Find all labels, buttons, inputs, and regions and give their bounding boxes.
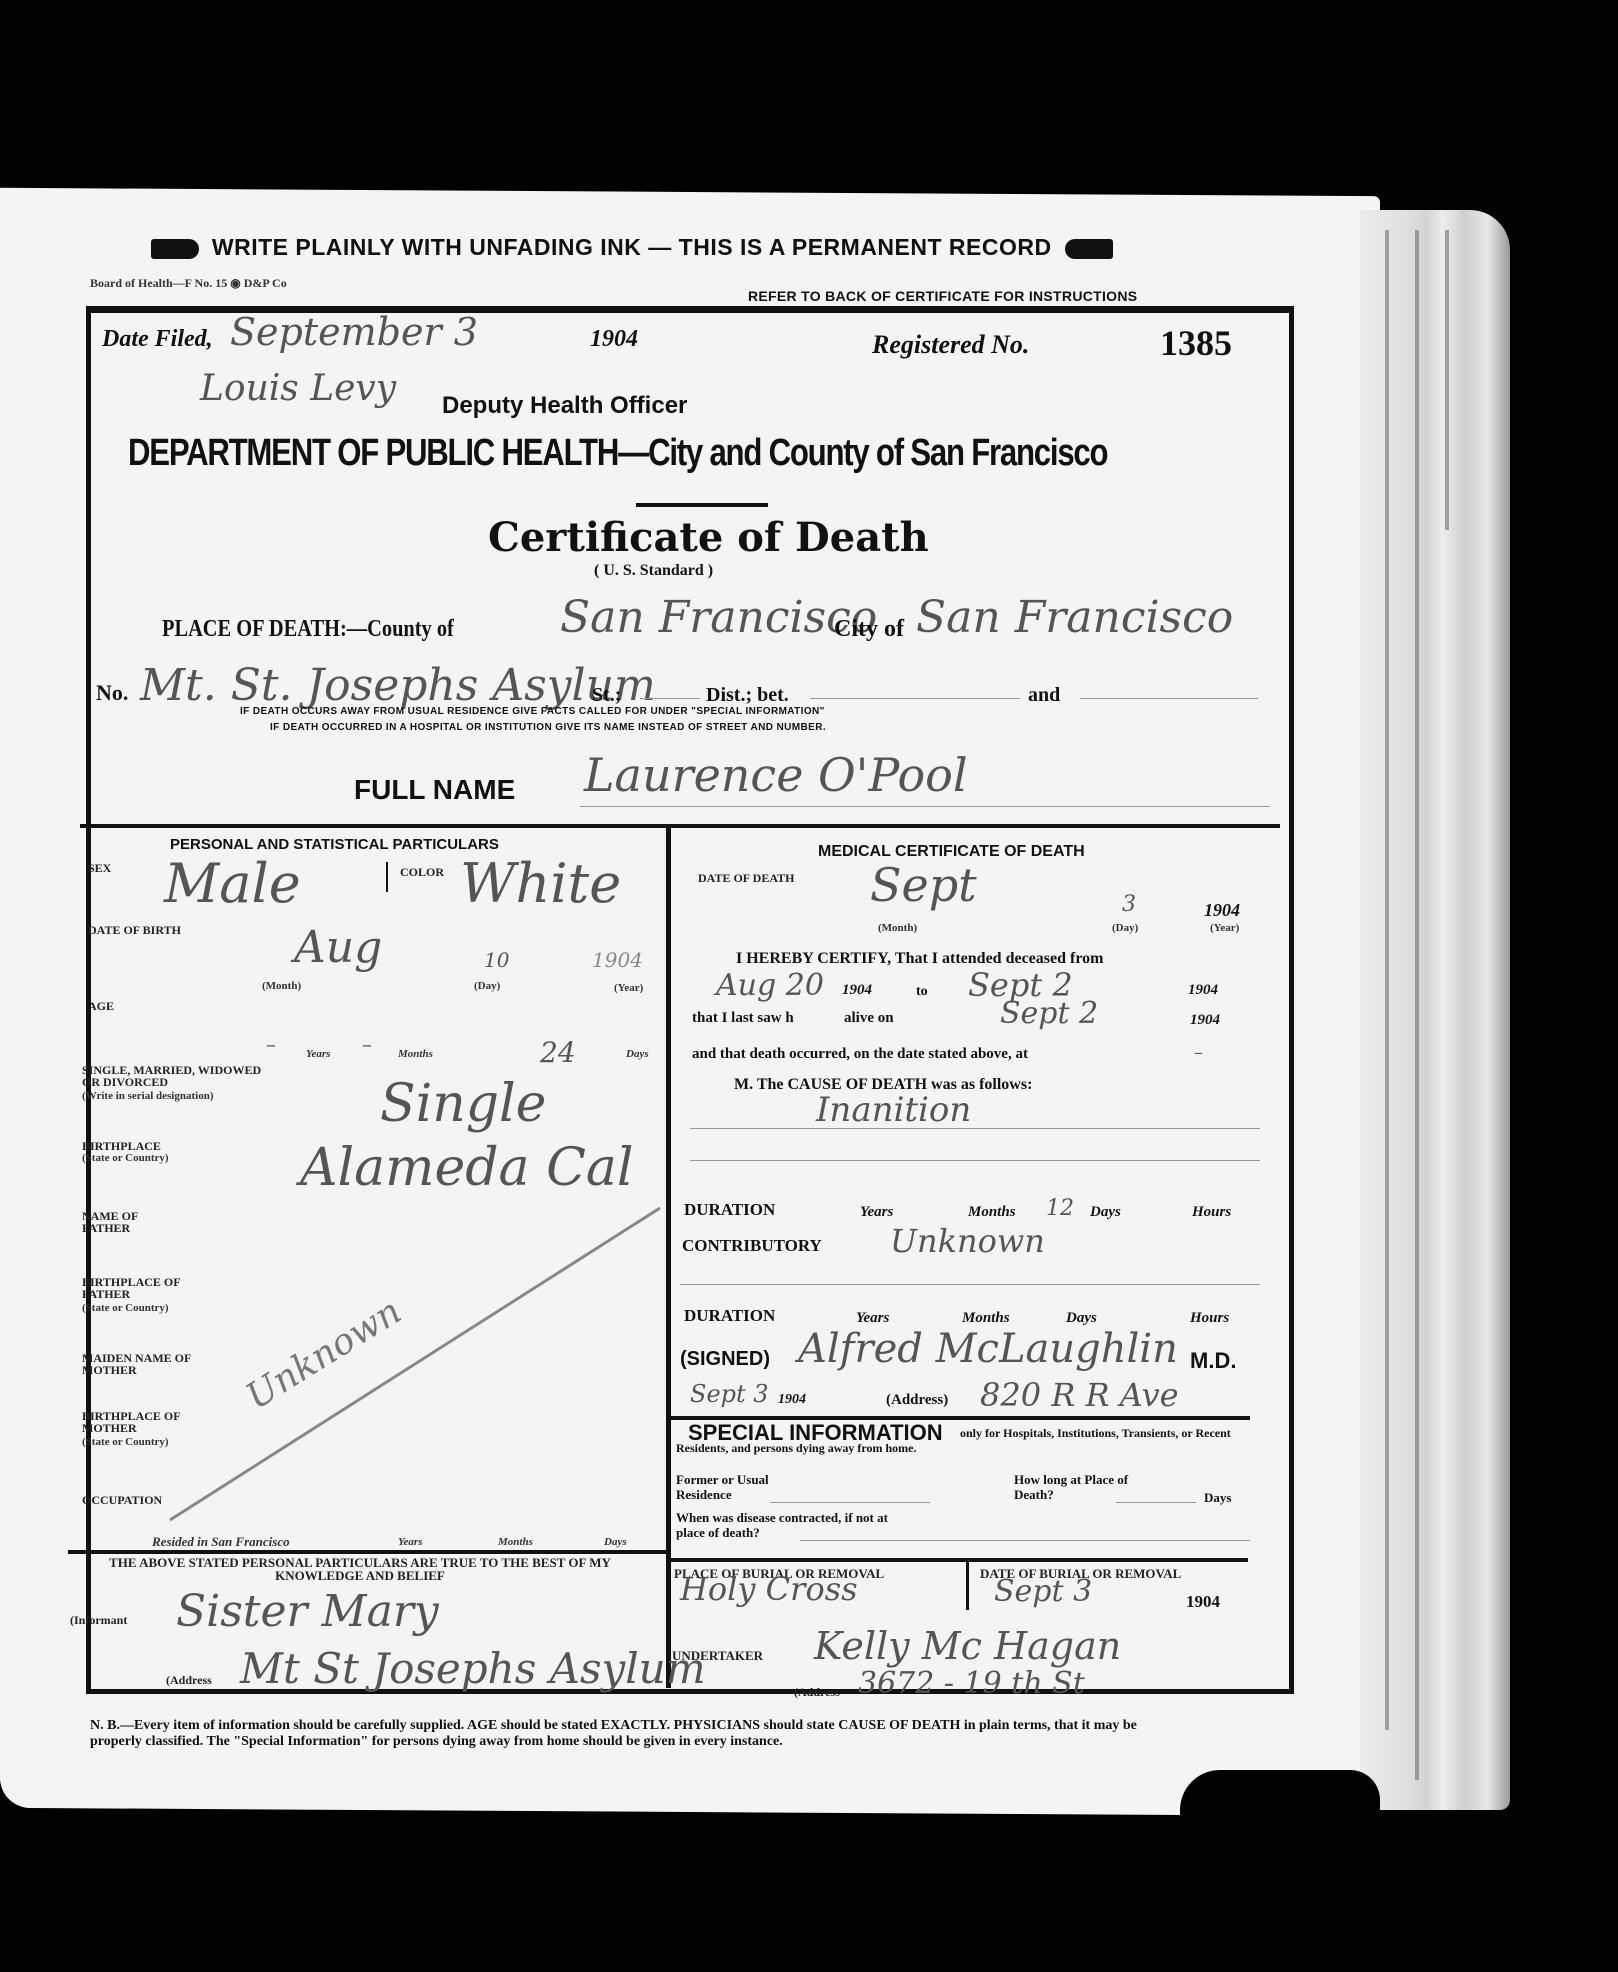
- former-residence-label: Former or Usual Residence: [676, 1472, 786, 1502]
- how-long-label: How long at Place of Death?: [1014, 1472, 1144, 1502]
- footnote: N. B.—Every item of information should b…: [90, 1718, 1180, 1750]
- undertaker-name: Kelly Mc Hagan: [814, 1624, 1121, 1668]
- contributory-value: Unknown: [890, 1222, 1045, 1260]
- md-label: M.D.: [1190, 1348, 1236, 1374]
- duration-label: DURATION: [684, 1200, 775, 1220]
- informant-address-label: (Address: [166, 1674, 212, 1686]
- death-month: Sept: [870, 858, 977, 912]
- last-saw-label: that I last saw h: [692, 1010, 794, 1027]
- burial-date: Sept 3: [994, 1574, 1092, 1609]
- burial-year: 1904: [1186, 1592, 1220, 1612]
- signed-date: Sept 3: [690, 1380, 769, 1408]
- occurred-label: and that death occurred, on the date sta…: [692, 1046, 1028, 1063]
- physician-signature: Alfred McLaughlin: [798, 1326, 1178, 1372]
- duration2-label: DURATION: [684, 1306, 775, 1326]
- undertaker-address-label: (Address: [794, 1686, 840, 1698]
- contracted-label: When was disease contracted, if not at p…: [676, 1510, 896, 1540]
- burial-place: Holy Cross: [680, 1570, 858, 1608]
- attended-from: Aug 20: [716, 968, 824, 1003]
- death-year: 1904: [1204, 900, 1240, 921]
- informant-address: Mt St Josephs Asylum: [240, 1644, 706, 1693]
- physician-address: 820 R R Ave: [980, 1376, 1179, 1414]
- informant-statement: THE ABOVE STATED PERSONAL PARTICULARS AR…: [70, 1556, 650, 1582]
- undertaker-address: 3672 - 19 th St: [858, 1666, 1085, 1701]
- signed-label: (SIGNED): [680, 1348, 770, 1371]
- cause-value: Inanition: [816, 1090, 971, 1130]
- special-note: only for Hospitals, Institutions, Transi…: [676, 1426, 1256, 1456]
- date-of-death-label: DATE OF DEATH: [698, 872, 794, 884]
- contributory-label: CONTRIBUTORY: [682, 1236, 822, 1256]
- duration-days-value: 12: [1046, 1196, 1074, 1221]
- resided-label: Resided in San Francisco: [152, 1534, 290, 1550]
- death-day: 3: [1122, 892, 1136, 917]
- undertaker-label: UNDERTAKER: [672, 1650, 763, 1662]
- physician-address-label: (Address): [886, 1392, 948, 1409]
- last-saw-date: Sept 2: [1000, 996, 1098, 1031]
- informant-name: Sister Mary: [176, 1586, 439, 1637]
- informant-label: (Informant: [70, 1614, 127, 1626]
